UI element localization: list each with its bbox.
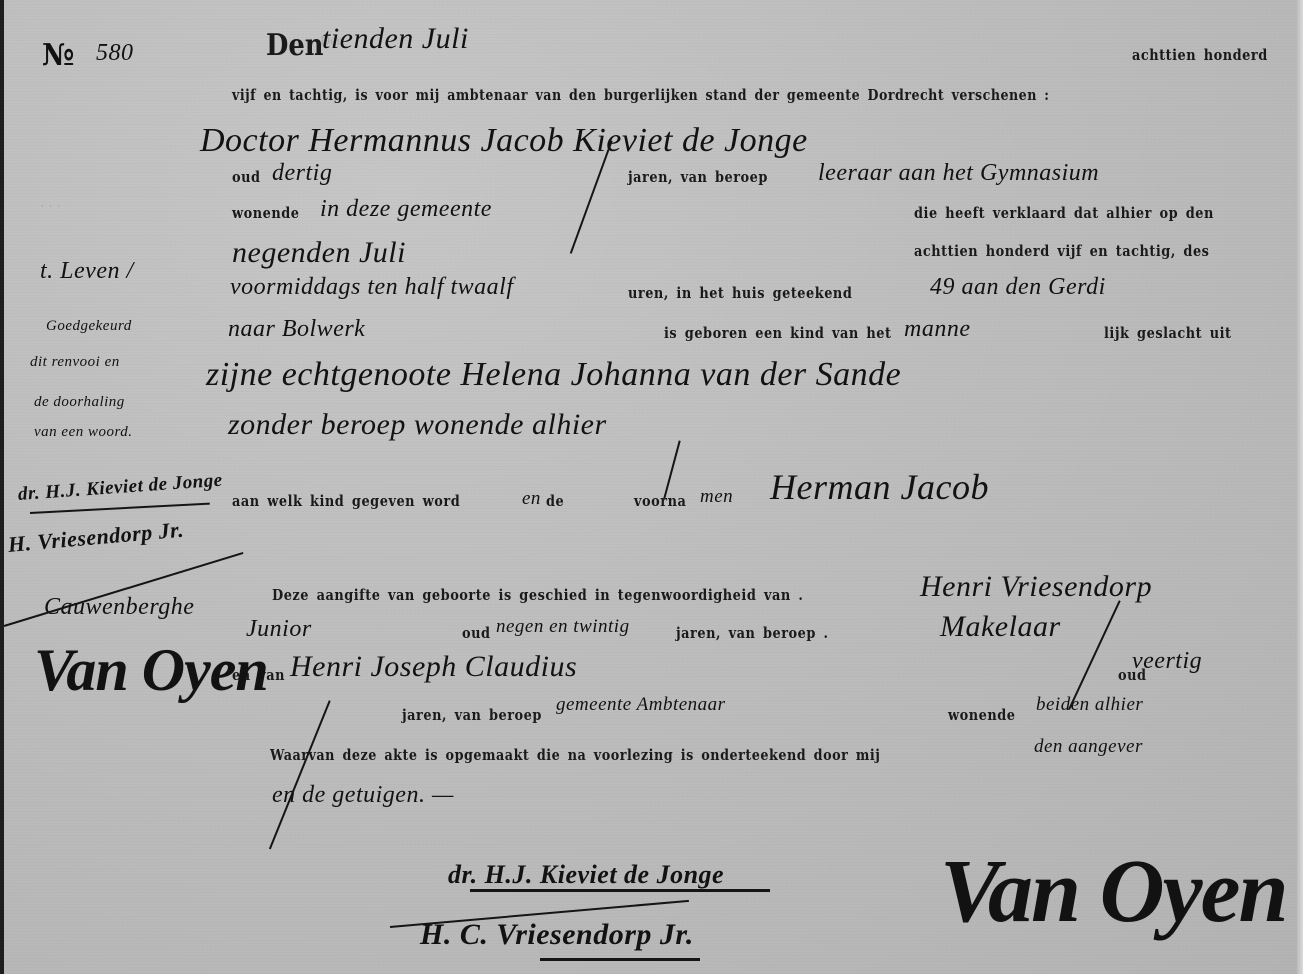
bottom-signature: H. C. Vriesendorp Jr. (420, 918, 694, 952)
printed-oud-2: oud (462, 624, 491, 642)
handwritten-gegeven-suffix: en (522, 488, 541, 510)
handwritten-witness2-profession: gemeente Ambtenaar (556, 694, 726, 716)
printed-gegeven-de: de (546, 492, 564, 510)
printed-line1-right: achttien honderd (1132, 46, 1268, 64)
handwritten-time: voormiddags ten half twaalf (230, 274, 514, 301)
printed-jaren-beroep: jaren, van beroep (628, 168, 768, 186)
handwritten-declarant: Doctor Hermannus Jacob Kieviet de Jonge (200, 122, 808, 160)
handwritten-witness2: Henri Joseph Claudius (290, 650, 577, 684)
scanned-birth-certificate: Den · · · № 580 Den tienden Juli achttie… (0, 0, 1303, 974)
margin-note-line: t. Leven / (40, 258, 134, 285)
handwritten-house-continued: naar Bolwerk (228, 316, 365, 343)
handwritten-birth-date: negenden Juli (232, 236, 406, 270)
handwritten-witness1: Henri Vriesendorp (920, 570, 1152, 604)
printed-aangifte: Deze aangifte van geboorte is geschied i… (272, 586, 803, 604)
printed-voorna: voorna (634, 492, 686, 510)
printed-jaren-beroep-3: jaren, van beroep (402, 706, 542, 724)
bottom-signature: dr. H.J. Kieviet de Jonge (448, 860, 724, 890)
bleed-through-text: · · · (40, 200, 61, 216)
printed-wonende-3: wonende (948, 706, 1016, 724)
printed-geslacht: lijk geslacht uit (1104, 324, 1232, 342)
pen-stroke (664, 441, 681, 499)
printed-wonende: wonende (232, 204, 300, 222)
handwritten-declarant-age: dertig (272, 160, 332, 187)
signature-underline (540, 958, 700, 961)
handwritten-declarant-residence: in deze gemeente (320, 196, 492, 223)
printed-year-line: achttien honderd vijf en tachtig, des (914, 242, 1209, 260)
bottom-signature: Van Oyen (940, 840, 1287, 943)
handwritten-house: 49 aan den Gerdi (930, 274, 1106, 301)
margin-signature: Van Oyen (34, 636, 268, 705)
handwritten-signers-continued: en de getuigen. — (272, 782, 454, 809)
margin-note-line: Goedgekeurd (46, 318, 132, 335)
handwritten-witness2-age: veertig (1132, 648, 1202, 675)
printed-uren-huis: uren, in het huis geteekend (628, 284, 852, 302)
handwritten-declarant-profession: leeraar aan het Gymnasium (818, 160, 1099, 187)
margin-signature: H. Vriesendorp Jr. (7, 517, 185, 558)
margin-signature: Cauwenberghe (44, 594, 194, 621)
printed-verklaard: die heeft verklaard dat alhier op den (914, 204, 1214, 222)
handwritten-mother-continued: zonder beroep wonende alhier (228, 408, 607, 442)
handwritten-voorna-suffix: men (700, 486, 733, 508)
handwritten-date: tienden Juli (322, 22, 469, 56)
handwritten-signers: den aangever (1034, 736, 1143, 758)
record-number-label: № (42, 38, 75, 73)
record-number: 580 (96, 40, 134, 67)
margin-note-line: van een woord. (34, 424, 133, 441)
handwritten-mother: zijne echtgenoote Helena Johanna van der… (206, 356, 901, 394)
printed-gegeven: aan welk kind gegeven word (232, 492, 460, 510)
printed-geboren: is geboren een kind van het (664, 324, 891, 342)
handwritten-child-names: Herman Jacob (770, 466, 989, 508)
page-edge-left (0, 0, 4, 974)
printed-oud: oud (232, 168, 261, 186)
signature-underline (470, 889, 770, 892)
printed-den: Den (266, 28, 324, 63)
handwritten-witness1-age: negen en twintig (496, 616, 630, 638)
signature-underline (30, 503, 210, 514)
handwritten-sex: manne (904, 316, 970, 343)
pen-stroke (269, 700, 330, 849)
handwritten-witness2-residence: beiden alhier (1036, 694, 1143, 716)
printed-jaren-beroep-2: jaren, van beroep . (676, 624, 829, 642)
margin-signature: dr. H.J. Kieviet de Jonge (17, 470, 223, 506)
printed-line2: vijf en tachtig, is voor mij ambtenaar v… (232, 86, 1049, 104)
margin-note-line: de doorhaling (34, 394, 125, 411)
margin-note-line: dit renvooi en (30, 354, 120, 371)
printed-waarvan: Waarvan deze akte is opgemaakt die na vo… (270, 746, 880, 764)
page-edge-right (1297, 0, 1303, 974)
handwritten-witness1-profession: Makelaar (940, 610, 1061, 644)
